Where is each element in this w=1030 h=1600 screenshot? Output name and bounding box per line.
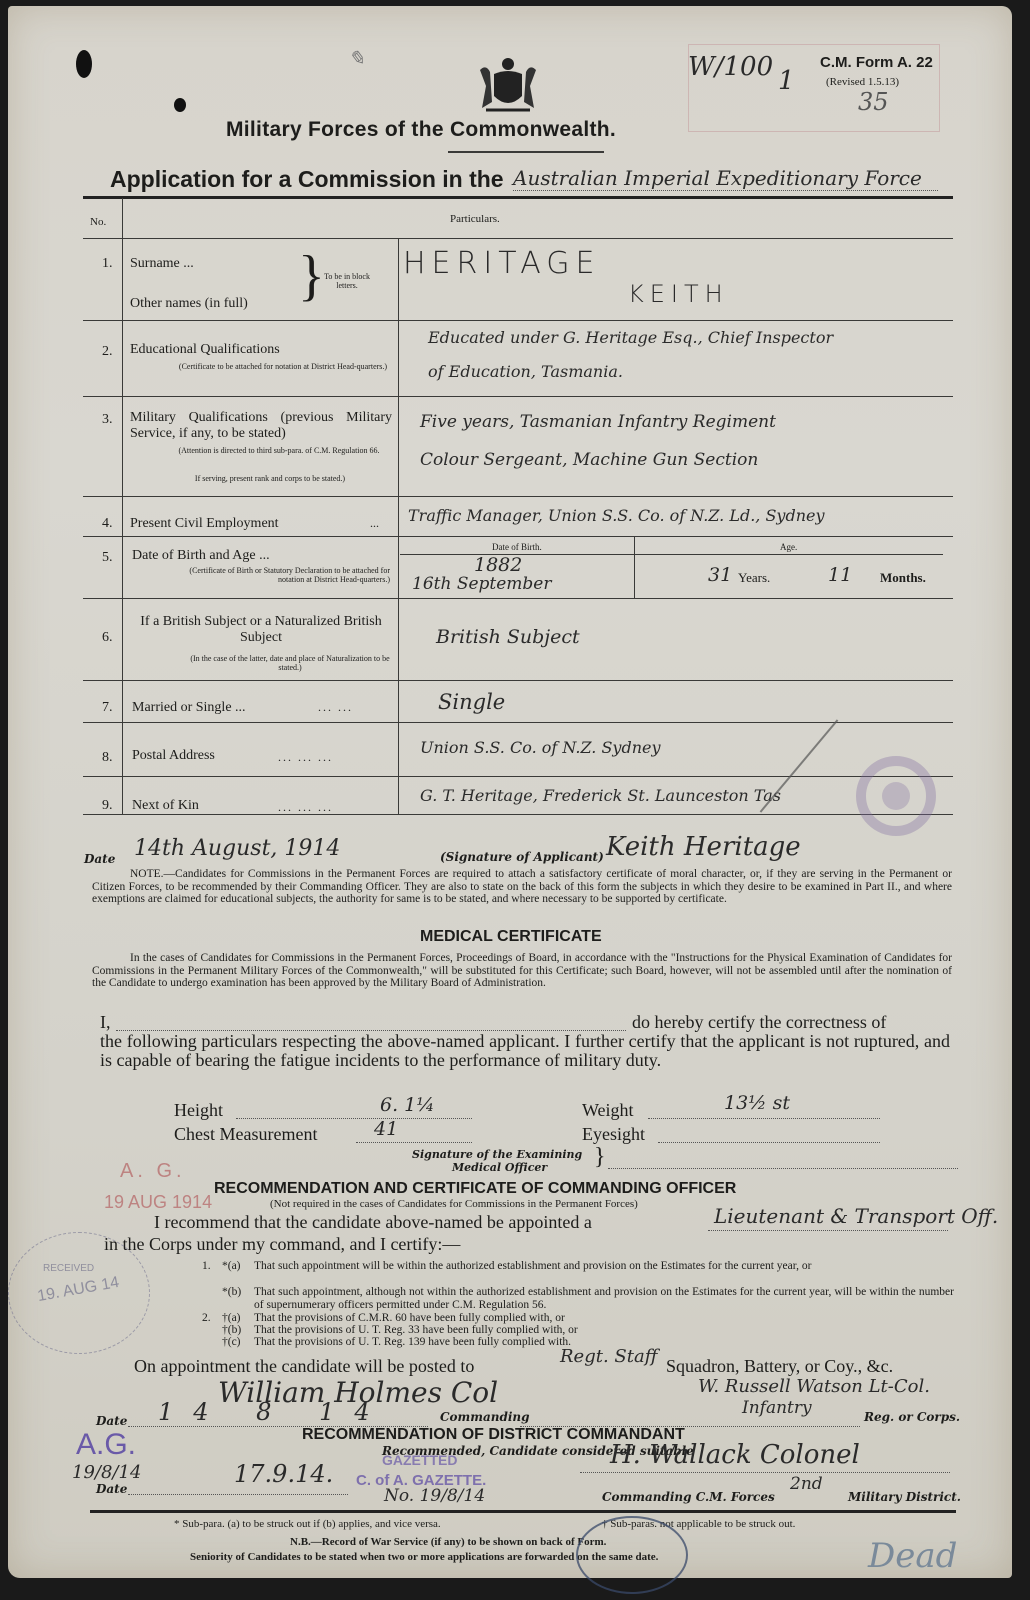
- district-label: Military District.: [848, 1490, 961, 1504]
- value-other-names[interactable]: KEITH: [628, 280, 729, 308]
- value-surname[interactable]: HERITAGE: [403, 246, 600, 281]
- appointment-field-line: [708, 1230, 948, 1231]
- crest-icon: [476, 56, 540, 114]
- row-number: 5.: [102, 550, 113, 566]
- cert-item-mark: †(b): [222, 1324, 241, 1336]
- co-corps-value[interactable]: Infantry: [742, 1398, 812, 1418]
- posted-value[interactable]: Regt. Staff: [560, 1346, 657, 1367]
- corps-text: in the Corps under my command, and I cer…: [104, 1234, 460, 1255]
- circular-stamp-icon: [856, 756, 936, 836]
- row-divider: [83, 680, 953, 681]
- cert-rest: the following particulars respecting the…: [100, 1032, 950, 1070]
- ag-stamp-purple-date: 19/8/14: [72, 1462, 141, 1483]
- height-value[interactable]: 6. 1¼: [380, 1094, 435, 1116]
- district-commanding-label: Commanding C.M. Forces: [602, 1490, 775, 1504]
- value-age-months[interactable]: 11: [828, 564, 852, 586]
- cert-item-num: 1.: [202, 1260, 211, 1272]
- row-number: 4.: [102, 516, 113, 532]
- row-note: If serving, present rank and corps to be…: [148, 474, 392, 483]
- row-label-next-of-kin: Next of Kin: [132, 798, 199, 814]
- eyesight-label: Eyesight: [582, 1124, 645, 1145]
- cert-item-text: That the provisions of U. T. Reg. 33 hav…: [254, 1324, 954, 1337]
- row-number: 8.: [102, 750, 113, 766]
- medical-signature-field[interactable]: [608, 1168, 958, 1169]
- col-header-no: No.: [90, 216, 106, 228]
- row-label-postal: Postal Address: [132, 748, 215, 764]
- cert-item-num: 2.: [202, 1312, 211, 1324]
- row-note: (Certificate of Birth or Statutory Decla…: [178, 566, 390, 584]
- commanding-subheading: (Not required in the cases of Candidates…: [270, 1198, 638, 1210]
- footer-rule: [90, 1510, 956, 1513]
- row-label-military: Military Qualifications (previous Milita…: [130, 410, 392, 442]
- ref-mark-1: 1: [778, 66, 795, 96]
- row-label-british: If a British Subject or a Naturalized Br…: [130, 614, 392, 646]
- cert-item-mark: †(c): [222, 1336, 241, 1348]
- row-number: 9.: [102, 798, 113, 814]
- medical-sig-label-2: Medical Officer: [452, 1161, 547, 1174]
- dob-divider: [634, 536, 635, 598]
- posted-suffix: Squadron, Battery, or Coy., &c.: [666, 1356, 893, 1377]
- weight-field-line: [648, 1118, 880, 1119]
- received-stamp-date: 19. AUG 14: [36, 1274, 121, 1306]
- row-divider: [83, 320, 953, 321]
- co-second-signature[interactable]: W. Russell Watson Lt-Col.: [698, 1376, 930, 1397]
- value-dob-day[interactable]: 16th September: [412, 574, 552, 594]
- gazette-date: No. 19/8/14: [384, 1486, 485, 1506]
- posted-text: On appointment the candidate will be pos…: [134, 1356, 474, 1377]
- row-note: To be in block letters.: [318, 272, 376, 290]
- pencil-mark: ✎: [348, 46, 365, 70]
- received-stamp-icon: RECEIVED 19. AUG 14: [8, 1232, 150, 1354]
- ellipsis: ... ... ...: [278, 800, 333, 815]
- row-label-education: Educational Qualifications: [130, 342, 280, 358]
- footer-sub-para: * Sub-para. (a) to be struck out if (b) …: [174, 1518, 441, 1530]
- weight-value[interactable]: 13½ st: [724, 1092, 790, 1114]
- row-note: (Attention is directed to third sub-para…: [168, 446, 390, 455]
- commanding-label: Commanding: [440, 1410, 530, 1424]
- punch-hole: [76, 50, 92, 78]
- height-label: Height: [174, 1100, 223, 1121]
- col-header-particulars: Particulars.: [450, 213, 500, 225]
- brace-icon: }: [594, 1144, 606, 1171]
- medical-intro: In the cases of Candidates for Commissio…: [92, 952, 952, 990]
- reg-label: Reg. or Corps.: [864, 1410, 960, 1424]
- value-education-1[interactable]: Educated under G. Heritage Esq., Chief I…: [428, 328, 833, 347]
- row-divider: [83, 536, 953, 537]
- years-label: Years.: [738, 570, 770, 586]
- row-divider: [83, 776, 953, 777]
- co-date-label: Date: [96, 1414, 127, 1428]
- eyesight-field[interactable]: [658, 1142, 880, 1143]
- row-number: 3.: [102, 412, 113, 428]
- value-married[interactable]: Single: [438, 690, 505, 714]
- district-sig-line: [580, 1472, 950, 1473]
- district-signature[interactable]: H. Wallack Colonel: [610, 1440, 860, 1470]
- header-rule: [83, 196, 953, 199]
- cert-line1-end: do hereby certify the correctness of: [632, 1012, 886, 1033]
- value-age-years[interactable]: 31: [708, 564, 732, 586]
- row-label-employment: Present Civil Employment: [130, 516, 279, 532]
- district-date-value[interactable]: 17.9.14.: [234, 1460, 333, 1488]
- subtitle-dotline: [513, 190, 938, 191]
- punch-hole: [174, 98, 186, 112]
- cert-item-mark: †(a): [222, 1312, 241, 1324]
- cert-item-text: That the provisions of C.M.R. 60 have be…: [254, 1312, 954, 1325]
- medical-heading: MEDICAL CERTIFICATE: [420, 928, 602, 946]
- note-text: NOTE.—Candidates for Commissions in the …: [92, 868, 952, 906]
- footer-nb: N.B.—Record of War Service (if any) to b…: [290, 1536, 606, 1548]
- recommend-text: I recommend that the candidate above-nam…: [154, 1212, 592, 1233]
- row-number: 1.: [102, 256, 113, 272]
- value-employment[interactable]: Traffic Manager, Union S.S. Co. of N.Z. …: [408, 506, 825, 525]
- district-date-field-line: [128, 1494, 348, 1495]
- date-label: Date: [84, 852, 115, 866]
- commanding-heading: RECOMMENDATION AND CERTIFICATE OF COMMAN…: [214, 1180, 736, 1198]
- row-label-dob: Date of Birth and Age ...: [132, 548, 270, 564]
- cert-item-text: That such appointment, although not with…: [254, 1286, 954, 1311]
- blue-circle-stamp-icon: [576, 1516, 688, 1594]
- signature-label: (Signature of Applicant): [440, 850, 604, 864]
- value-next-of-kin[interactable]: G. T. Heritage, Frederick St. Launceston…: [420, 786, 781, 805]
- ref-mark-w100: W/100: [688, 52, 773, 82]
- subtitle-force: Australian Imperial Expeditionary Force: [513, 166, 922, 190]
- row-label-other-names: Other names (in full): [130, 296, 248, 312]
- title-underline: [448, 151, 604, 153]
- subtitle-prefix: Application for a Commission in the: [110, 166, 504, 193]
- appointment-value[interactable]: Lieutenant & Transport Off.: [714, 1204, 998, 1228]
- applicant-signature[interactable]: Keith Heritage: [606, 832, 801, 862]
- co-date-value[interactable]: 14 8 14: [158, 1398, 390, 1426]
- document-page: W/100 1 35 C.M. Form A. 22 (Revised 1.5.…: [8, 6, 1012, 1578]
- ag-stamp-purple: A.G.: [76, 1428, 136, 1462]
- ag-stamp-red-date: 19 AUG 1914: [104, 1192, 212, 1213]
- row-note: (In the case of the latter, date and pla…: [188, 654, 392, 672]
- ref-mark-35: 35: [858, 88, 889, 116]
- row-divider: [83, 814, 953, 815]
- row-divider: [83, 598, 953, 599]
- received-stamp-text: RECEIVED: [43, 1263, 94, 1274]
- row-divider: [83, 396, 953, 397]
- age-header: Age.: [780, 542, 797, 552]
- cert-item-text: That such appointment will be within the…: [254, 1260, 954, 1273]
- row-number: 2.: [102, 344, 113, 360]
- row-divider: [83, 496, 953, 497]
- ellipsis: ... ... ...: [278, 750, 333, 765]
- medical-sig-label-1: Signature of the Examining: [412, 1148, 582, 1161]
- chest-value[interactable]: 41: [374, 1118, 398, 1140]
- ellipsis: ... ...: [318, 700, 353, 715]
- table-col-divider: [398, 238, 399, 814]
- district-value[interactable]: 2nd: [790, 1474, 823, 1494]
- form-id: C.M. Form A. 22: [820, 54, 933, 71]
- ellipsis: ...: [370, 516, 379, 531]
- page-title: Military Forces of the Commonwealth.: [226, 118, 616, 142]
- row-note: (Certificate to be attached for notation…: [168, 362, 398, 371]
- value-education-2[interactable]: of Education, Tasmania.: [428, 362, 623, 381]
- months-label: Months.: [880, 570, 926, 586]
- ag-stamp-red: A. G.: [120, 1160, 186, 1183]
- weight-label: Weight: [582, 1100, 634, 1121]
- value-dob-year[interactable]: 1882: [474, 554, 522, 576]
- height-field-line: [236, 1118, 472, 1119]
- row-number: 7.: [102, 700, 113, 716]
- row-divider: [83, 238, 953, 239]
- row-divider: [83, 722, 953, 723]
- cert-prefix: I,: [100, 1012, 111, 1033]
- row-label-married: Married or Single ...: [132, 700, 246, 716]
- dob-header: Date of Birth.: [492, 542, 542, 552]
- dead-mark: Dead: [868, 1536, 957, 1576]
- chest-label: Chest Measurement: [174, 1124, 317, 1145]
- applicant-date[interactable]: 14th August, 1914: [134, 836, 340, 861]
- value-military-1[interactable]: Five years, Tasmanian Infantry Regiment: [420, 412, 776, 432]
- cert-item-mark: *(a): [222, 1260, 241, 1272]
- row-number: 6.: [102, 630, 113, 646]
- chest-field-line: [356, 1142, 472, 1143]
- cert-item-mark: *(b): [222, 1286, 241, 1298]
- row-label-surname: Surname ...: [130, 256, 194, 272]
- gazetted-stamp: GAZETTED: [382, 1452, 457, 1468]
- district-date-label: Date: [96, 1482, 127, 1496]
- value-british[interactable]: British Subject: [436, 626, 580, 648]
- value-postal[interactable]: Union S.S. Co. of N.Z. Sydney: [420, 738, 661, 757]
- form-revised: (Revised 1.5.13): [826, 76, 899, 88]
- pen-stroke: [760, 719, 839, 812]
- value-military-2[interactable]: Colour Sergeant, Machine Gun Section: [420, 450, 758, 470]
